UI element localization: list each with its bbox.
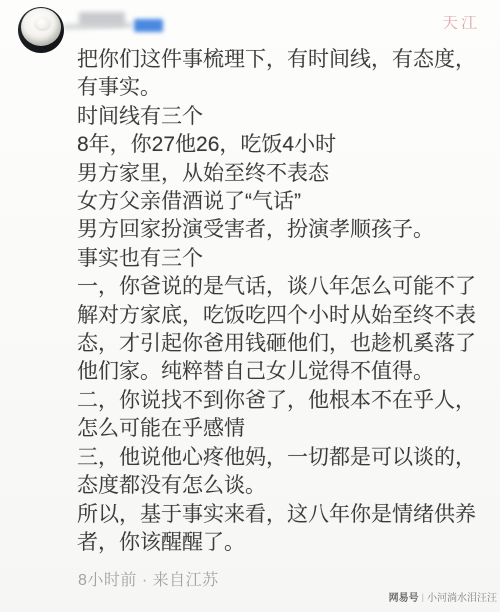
timestamp-location: 8小时前 · 来自江苏	[78, 567, 219, 590]
comment-screenshot: 天江 把你们这件事梳理下，有时间线，有态度，有事实。 时间线有三个 8年，你27…	[0, 0, 500, 612]
username-redaction-blue	[134, 19, 163, 32]
post-paragraph: 所以，基于事实来看，这八年你是情绪供养者，你该醒醒了。	[77, 501, 480, 558]
post-paragraph: 三，他说他心疼他妈，一切都是可以谈的，态度都没有怎么谈。	[77, 444, 480, 501]
post-paragraph: 时间线有三个	[77, 103, 480, 131]
platform-watermark-brand: 网易号	[389, 589, 419, 604]
post-paragraph: 二，你说找不到你爸了，他根本不在乎人，怎么可能在乎感情	[77, 387, 480, 444]
post-paragraph: 把你们这件事梳理下，有时间线，有态度，有事实。	[77, 46, 480, 103]
avatar[interactable]	[18, 7, 64, 53]
avatar-image-detail	[35, 17, 50, 29]
top-red-watermark-text: 天江	[442, 16, 480, 29]
avatar-image	[21, 8, 61, 46]
platform-watermark: 网易号 | 小河淌水泪汪汪	[389, 589, 497, 604]
post-paragraph: 8年，你27他26，吃饭4小时	[77, 131, 480, 159]
top-red-watermark: 天江	[442, 16, 480, 29]
platform-watermark-author: 小河淌水泪汪汪	[427, 589, 497, 604]
post-paragraph: 男方家里，从始至终不表态	[77, 160, 480, 188]
platform-watermark-divider: |	[422, 592, 424, 602]
post-paragraph: 事实也有三个	[77, 245, 480, 273]
post-paragraph: 男方回家扮演受害者，扮演孝顺孩子。	[77, 216, 480, 244]
comment-body: 把你们这件事梳理下，有时间线，有态度，有事实。 时间线有三个 8年，你27他26…	[77, 46, 480, 557]
username-redaction-gray[interactable]	[79, 12, 125, 26]
post-paragraph: 一，你爸说的是气话，谈八年怎么可能不了解对方家底，吃饭吃四个小时从始至终不表态，…	[77, 273, 480, 387]
post-paragraph: 女方父亲借酒说了“气话”	[77, 188, 480, 216]
